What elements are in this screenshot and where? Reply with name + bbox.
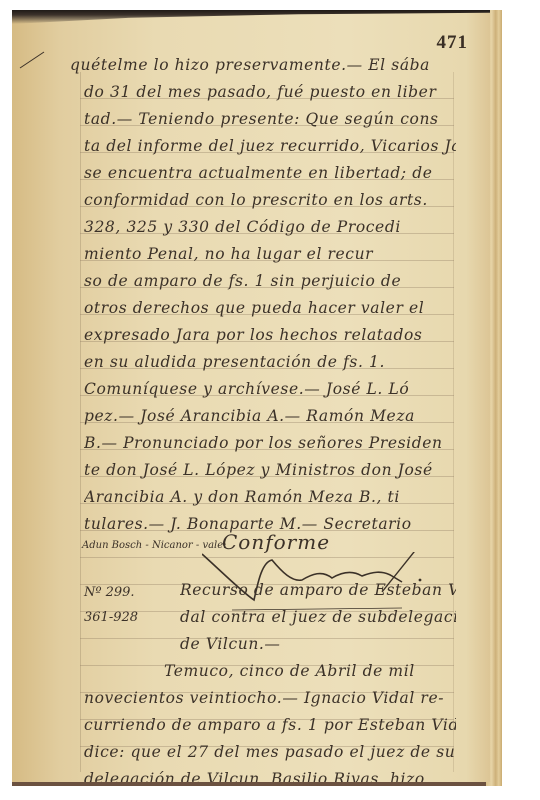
text-line: pez.— José Arancibia A.— Ramón Meza	[84, 403, 456, 430]
text-line: dice: que el 27 del mes pasado el juez d…	[84, 739, 456, 766]
text-line: Arancibia A. y don Ramón Meza B., ti	[84, 484, 456, 511]
text-line: expresado Jara por los hechos relatados	[84, 322, 456, 349]
ledger-page: 471 quételme lo hizo preservamente.— El …	[12, 10, 490, 782]
entry-number: Nº 299.	[84, 585, 135, 600]
entry-reference: 361-928	[84, 610, 138, 625]
margin-annotation: Adun Bosch - Nicanor - vale:	[82, 540, 227, 551]
text-line: te don José L. López y Ministros don Jos…	[84, 457, 456, 484]
text-line: so de amparo de fs. 1 sin perjuicio de	[84, 268, 456, 295]
text-line: quételme lo hizo preservamente.— El sába	[70, 52, 442, 79]
text-line: otros derechos que pueda hacer valer el	[84, 295, 456, 322]
text-line: curriendo de amparo a fs. 1 por Esteban …	[84, 712, 456, 739]
binding-shadow	[12, 10, 490, 24]
text-line: novecientos veintiocho.— Ignacio Vidal r…	[84, 685, 456, 712]
entry-heading-line: Recurso de amparo de Esteban Vi-	[180, 577, 456, 604]
text-line: delegación de Vilcun, Basilio Rivas, hiz…	[84, 766, 456, 782]
text-line: 328, 325 y 330 del Código de Procedi	[84, 214, 456, 241]
text-line: Temuco, cinco de Abril de mil	[84, 658, 456, 685]
entry-heading-line: dal contra el juez de subdelegación	[180, 604, 456, 631]
text-line: ta del informe del juez recurrido, Vicar…	[84, 133, 456, 160]
text-line: do 31 del mes pasado, fué puesto en libe…	[84, 79, 456, 106]
text-line: miento Penal, no ha lugar el recur	[84, 241, 456, 268]
text-line: se encuentra actualmente en libertad; de	[84, 160, 456, 187]
text-line: Comuníquese y archívese.— José L. Ló	[84, 376, 456, 403]
approval-text: Conforme	[222, 530, 330, 554]
text-line: B.— Pronunciado por los señores Presiden	[84, 430, 456, 457]
text-line: en su aludida presentación de fs. 1.	[84, 349, 456, 376]
initial-flourish-icon	[18, 50, 48, 70]
entry-heading-line: de Vilcun.—	[180, 631, 456, 658]
text-line: conformidad con lo prescrito en los arts…	[84, 187, 456, 214]
ledger-book: 471 quételme lo hizo preservamente.— El …	[12, 10, 502, 786]
page-number: 471	[437, 32, 469, 54]
text-line: tad.— Teniendo presente: Que según cons	[84, 106, 456, 133]
